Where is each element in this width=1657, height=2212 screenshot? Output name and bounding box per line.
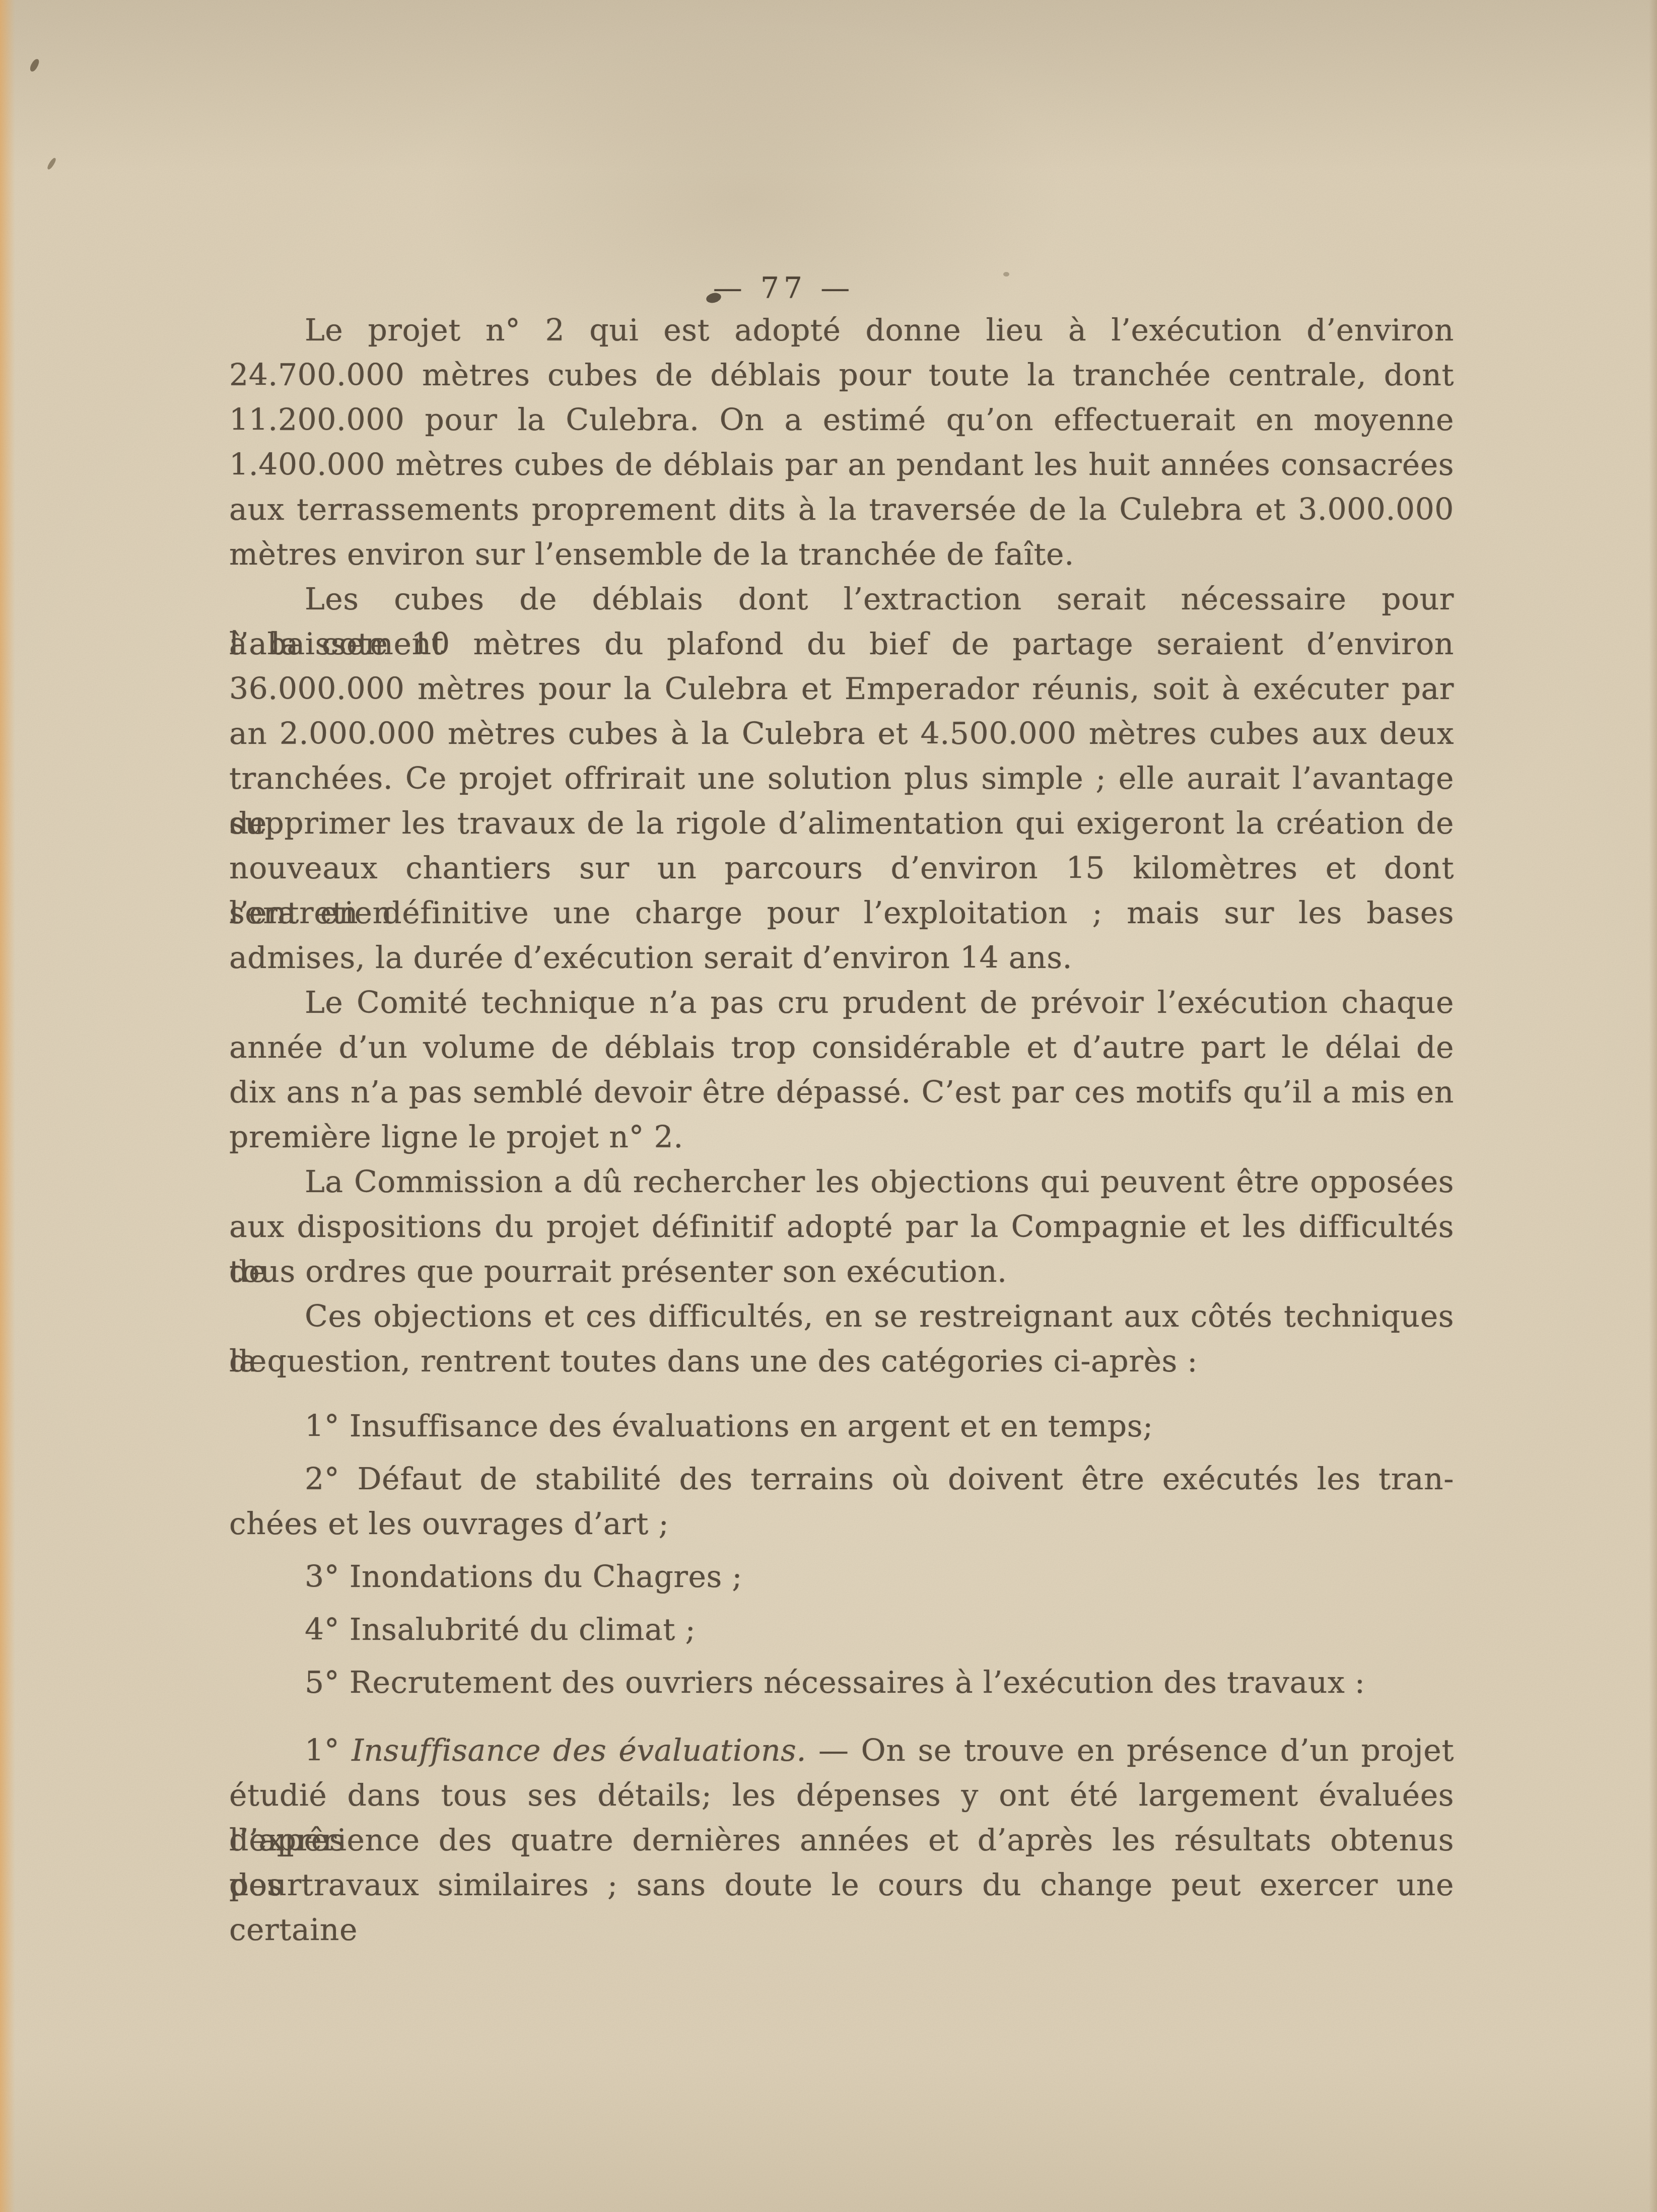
text-line: Ces objections et ces difficultés, en se… bbox=[229, 1294, 1454, 1339]
paragraph: La Commission a dû rechercher les object… bbox=[229, 1160, 1454, 1294]
text-line: 1° Insuffisance des évaluations. — On se… bbox=[229, 1729, 1454, 1773]
text-run: — On se trouve en présence d’un projet bbox=[818, 1733, 1454, 1768]
objections-list: 1° Insuffisance des évaluations en argen… bbox=[229, 1404, 1454, 1705]
text-line: l’expérience des quatre dernières années… bbox=[229, 1818, 1454, 1863]
text-line: supprimer les travaux de la rigole d’ali… bbox=[229, 801, 1454, 846]
scanned-book-page: — 77 — Le projet n° 2 qui est adopté don… bbox=[0, 0, 1657, 2212]
paragraph: Les cubes de déblais dont l’extraction s… bbox=[229, 577, 1454, 981]
text-line: 1.400.000 mètres cubes de déblais par an… bbox=[229, 443, 1454, 488]
text-line: dix ans n’a pas semblé devoir être dépas… bbox=[229, 1070, 1454, 1115]
page-number-header: — 77 — bbox=[171, 271, 1396, 305]
text-line: tous ordres que pourrait présenter son e… bbox=[229, 1250, 1454, 1294]
text-line: sera en définitive une charge pour l’exp… bbox=[229, 891, 1454, 936]
text-line: nouveaux chantiers sur un parcours d’env… bbox=[229, 846, 1454, 891]
paragraph: Le Comité technique n’a pas cru prudent … bbox=[229, 981, 1454, 1160]
text-line: aux terrassements proprement dits à la t… bbox=[229, 488, 1454, 532]
text-line: an 2.000.000 mètres cubes à la Culebra e… bbox=[229, 712, 1454, 756]
text-line: 2° Défaut de stabilité des terrains où d… bbox=[229, 1457, 1454, 1502]
text-line: à la cote 10 mètres du plafond du bief d… bbox=[229, 622, 1454, 667]
ink-speck bbox=[46, 157, 57, 171]
text-line: des travaux similaires ; sans doute le c… bbox=[229, 1863, 1454, 1908]
text-line: mètres environ sur l’ensemble de la tran… bbox=[229, 532, 1454, 577]
ink-speck bbox=[29, 58, 40, 73]
section-number: 1° bbox=[305, 1733, 339, 1768]
paragraph: Le projet n° 2 qui est adopté donne lieu… bbox=[229, 308, 1454, 577]
text-line: étudié dans tous ses détails; les dépens… bbox=[229, 1773, 1454, 1818]
text-line: chées et les ouvrages d’art ; bbox=[229, 1502, 1454, 1547]
text-line: 5° Recrutement des ouvriers nécessaires … bbox=[229, 1661, 1454, 1705]
section-title-italic: Insuffisance des évaluations. bbox=[352, 1733, 806, 1768]
text-line: Le Comité technique n’a pas cru prudent … bbox=[229, 981, 1454, 1025]
text-column: Le projet n° 2 qui est adopté donne lieu… bbox=[229, 308, 1454, 1908]
list-item: 5° Recrutement des ouvriers nécessaires … bbox=[229, 1661, 1454, 1705]
list-item: 2° Défaut de stabilité des terrains où d… bbox=[229, 1457, 1454, 1547]
text-line: 36.000.000 mètres pour la Culebra et Emp… bbox=[229, 667, 1454, 712]
text-line: La Commission a dû rechercher les object… bbox=[229, 1160, 1454, 1205]
text-line: 3° Inondations du Chagres ; bbox=[229, 1555, 1454, 1600]
text-line: admises, la durée d’exécution serait d’e… bbox=[229, 936, 1454, 981]
text-line: première ligne le projet n° 2. bbox=[229, 1115, 1454, 1160]
paragraph: Ces objections et ces difficultés, en se… bbox=[229, 1294, 1454, 1384]
list-item: 4° Insalubrité du climat ; bbox=[229, 1608, 1454, 1652]
text-line: la question, rentrent toutes dans une de… bbox=[229, 1339, 1454, 1384]
text-line: 24.700.000 mètres cubes de déblais pour … bbox=[229, 353, 1454, 398]
text-line: année d’un volume de déblais trop consid… bbox=[229, 1025, 1454, 1070]
text-line: aux dispositions du projet définitif ado… bbox=[229, 1205, 1454, 1250]
text-line: 11.200.000 pour la Culebra. On a estimé … bbox=[229, 398, 1454, 443]
text-line: tranchées. Ce projet offrirait une solut… bbox=[229, 756, 1454, 801]
list-item: 3° Inondations du Chagres ; bbox=[229, 1555, 1454, 1600]
text-line: Les cubes de déblais dont l’extraction s… bbox=[229, 577, 1454, 622]
header-right-dash: — bbox=[820, 271, 854, 305]
text-line: 1° Insuffisance des évaluations en argen… bbox=[229, 1404, 1454, 1449]
list-item: 1° Insuffisance des évaluations en argen… bbox=[229, 1404, 1454, 1449]
page-number: 77 bbox=[761, 271, 807, 305]
text-line: Le projet n° 2 qui est adopté donne lieu… bbox=[229, 308, 1454, 353]
paragraph: 1° Insuffisance des évaluations. — On se… bbox=[229, 1729, 1454, 1908]
text-line: 4° Insalubrité du climat ; bbox=[229, 1608, 1454, 1652]
